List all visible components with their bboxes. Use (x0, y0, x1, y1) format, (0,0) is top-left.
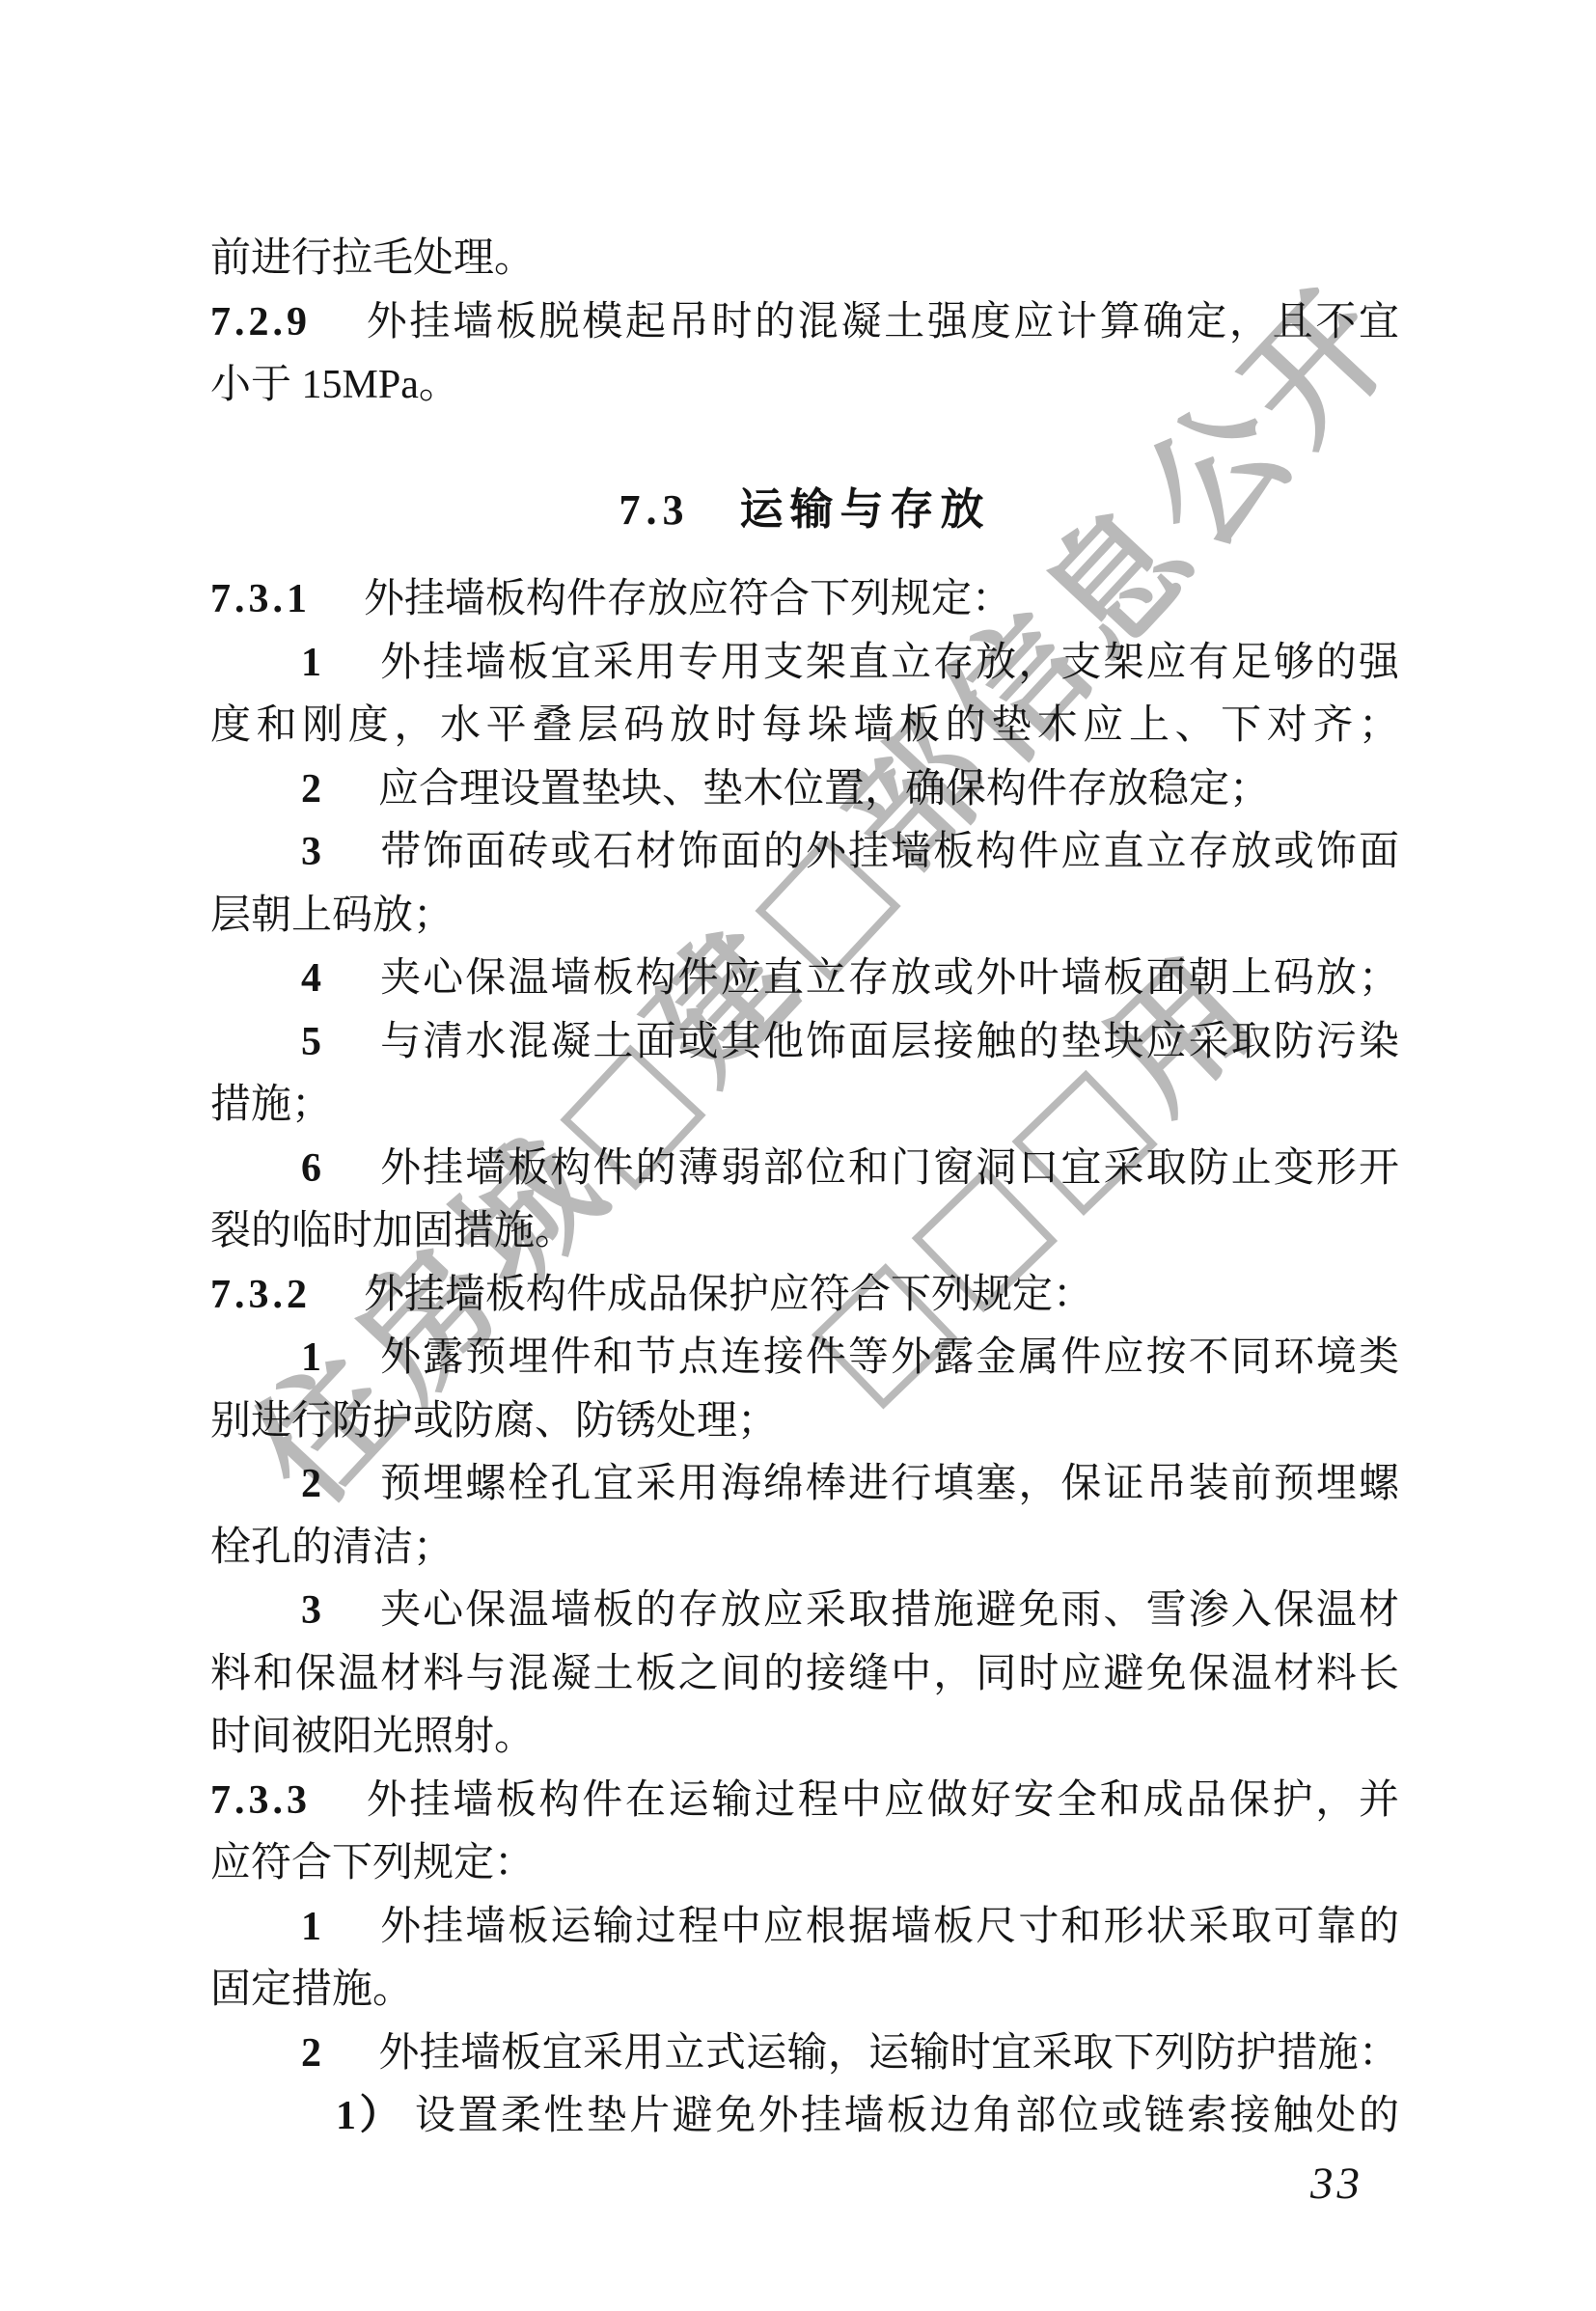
text-line: 固定措施。 (210, 1959, 1399, 2022)
clause-number: 1 (301, 1905, 325, 1949)
clause-number: 2 (301, 2031, 325, 2076)
line-text: 料和保温材料与混凝土板之间的接缝中，同时应避免保温材料长 (210, 1652, 1399, 1696)
document-page: 住房城□建□部信息公开 □□□用 前进行拉毛处理。7.2.9外挂墙板脱模起吊时的… (0, 0, 1596, 2311)
line-text: 外挂墙板宜采用专用支架直立存放，支架应有足够的强 (378, 641, 1399, 685)
page-number: 33 (1310, 2158, 1363, 2210)
text-line: 3带饰面砖或石材饰面的外挂墙板构件应直立存放或饰面 (210, 821, 1399, 885)
intro-lines: 前进行拉毛处理。7.2.9外挂墙板脱模起吊时的混凝土强度应计算确定，且不宜小于 … (210, 228, 1399, 418)
text-line: 栓孔的清洁； (210, 1517, 1399, 1581)
line-text: 外挂墙板运输过程中应根据墙板尺寸和形状采取可靠的 (378, 1905, 1399, 1949)
line-text: 应符合下列规定： (210, 1841, 535, 1885)
text-line: 料和保温材料与混凝土板之间的接缝中，同时应避免保温材料长 (210, 1643, 1399, 1707)
clause-number: 7.3.2 (210, 1273, 311, 1317)
clause-number: 5 (301, 1020, 325, 1064)
text-line: 6外挂墙板构件的薄弱部位和门窗洞口宜采取防止变形开 (210, 1138, 1399, 1201)
clause-number: 1） (336, 2094, 403, 2138)
line-text: 设置柔性垫片避免外挂墙板边角部位或链索接触处的 (415, 2094, 1399, 2138)
clause-number: 7.3.1 (210, 577, 311, 621)
line-text: 外挂墙板构件的薄弱部位和门窗洞口宜采取防止变形开 (378, 1146, 1399, 1191)
line-text: 小于 15MPa。 (210, 363, 459, 407)
body-text: 前进行拉毛处理。7.2.9外挂墙板脱模起吊时的混凝土强度应计算确定，且不宜小于 … (210, 228, 1399, 2149)
line-text: 层朝上码放； (210, 894, 454, 938)
line-text: 裂的临时加固措施。 (210, 1209, 575, 1253)
line-text: 外挂墙板构件成品保护应符合下列规定： (364, 1273, 1093, 1317)
line-text: 与清水混凝土面或其他饰面层接触的垫块应采取防污染 (378, 1020, 1399, 1064)
text-line: 小于 15MPa。 (210, 354, 1399, 418)
text-line: 4夹心保温墙板构件应直立存放或外叶墙板面朝上码放； (210, 948, 1399, 1011)
line-text: 外露预埋件和节点连接件等外露金属件应按不同环境类 (378, 1335, 1399, 1380)
line-text: 外挂墙板宜采用立式运输，运输时宜采取下列防护措施： (378, 2031, 1399, 2076)
clause-number: 4 (301, 956, 325, 1001)
text-line: 前进行拉毛处理。 (210, 228, 1399, 291)
line-text: 固定措施。 (210, 1967, 413, 2012)
text-line: 2应合理设置垫块、垫木位置，确保构件存放稳定； (210, 758, 1399, 822)
line-text: 夹心保温墙板的存放应采取措施避免雨、雪渗入保温材 (378, 1588, 1399, 1633)
clause-number: 1 (301, 1335, 325, 1380)
line-text: 栓孔的清洁； (210, 1526, 454, 1570)
line-text: 时间被阳光照射。 (210, 1715, 535, 1759)
text-line: 度和刚度，水平叠层码放时每垛墙板的垫木应上、下对齐； (210, 695, 1399, 758)
line-text: 度和刚度，水平叠层码放时每垛墙板的垫木应上、下对齐； (210, 703, 1399, 748)
text-line: 措施； (210, 1074, 1399, 1138)
line-text: 前进行拉毛处理。 (210, 236, 535, 281)
clause-number: 7.2.9 (210, 300, 311, 344)
clause-number: 2 (301, 1462, 325, 1506)
text-line: 应符合下列规定： (210, 1832, 1399, 1896)
text-line: 1外挂墙板运输过程中应根据墙板尺寸和形状采取可靠的 (210, 1896, 1399, 1960)
text-line: 7.3.1外挂墙板构件存放应符合下列规定： (210, 568, 1399, 632)
text-line: 7.3.2外挂墙板构件成品保护应符合下列规定： (210, 1264, 1399, 1328)
text-line: 7.2.9外挂墙板脱模起吊时的混凝土强度应计算确定，且不宜 (210, 291, 1399, 355)
line-text: 外挂墙板构件在运输过程中应做好安全和成品保护，并 (364, 1778, 1399, 1823)
clause-number: 2 (301, 767, 325, 812)
text-line: 3夹心保温墙板的存放应采取措施避免雨、雪渗入保温材 (210, 1580, 1399, 1643)
text-line: 1外露预埋件和节点连接件等外露金属件应按不同环境类 (210, 1327, 1399, 1390)
line-text: 外挂墙板构件存放应符合下列规定： (364, 577, 1012, 621)
clause-lines: 7.3.1外挂墙板构件存放应符合下列规定：1外挂墙板宜采用专用支架直立存放，支架… (210, 568, 1399, 2149)
clause-number: 6 (301, 1146, 325, 1191)
section-number: 7.3 (619, 486, 689, 534)
line-text: 应合理设置垫块、垫木位置，确保构件存放稳定； (378, 767, 1270, 812)
line-text: 别进行防护或防腐、防锈处理； (210, 1399, 778, 1444)
clause-number: 1 (301, 641, 325, 685)
text-line: 层朝上码放； (210, 885, 1399, 949)
clause-number: 3 (301, 830, 325, 874)
text-line: 2外挂墙板宜采用立式运输，运输时宜采取下列防护措施： (210, 2022, 1399, 2086)
text-line: 7.3.3外挂墙板构件在运输过程中应做好安全和成品保护，并 (210, 1770, 1399, 1833)
text-line: 5与清水混凝土面或其他饰面层接触的垫块应采取防污染 (210, 1011, 1399, 1075)
line-text: 夹心保温墙板构件应直立存放或外叶墙板面朝上码放； (378, 956, 1399, 1001)
text-line: 1外挂墙板宜采用专用支架直立存放，支架应有足够的强 (210, 632, 1399, 696)
clause-number: 7.3.3 (210, 1778, 311, 1823)
text-line: 1）设置柔性垫片避免外挂墙板边角部位或链索接触处的 (210, 2085, 1399, 2149)
text-line: 别进行防护或防腐、防锈处理； (210, 1390, 1399, 1454)
line-text: 措施； (210, 1083, 332, 1127)
text-line: 2预埋螺栓孔宜采用海绵棒进行填塞，保证吊装前预埋螺 (210, 1453, 1399, 1517)
line-text: 预埋螺栓孔宜采用海绵棒进行填塞，保证吊装前预埋螺 (378, 1462, 1399, 1506)
section-heading: 7.3运输与存放 (210, 478, 1399, 544)
clause-number: 3 (301, 1588, 325, 1633)
line-text: 带饰面砖或石材饰面的外挂墙板构件应直立存放或饰面 (378, 830, 1399, 874)
section-title: 运输与存放 (739, 483, 990, 535)
text-line: 裂的临时加固措施。 (210, 1200, 1399, 1264)
line-text: 外挂墙板脱模起吊时的混凝土强度应计算确定，且不宜 (364, 300, 1399, 344)
text-line: 时间被阳光照射。 (210, 1706, 1399, 1770)
